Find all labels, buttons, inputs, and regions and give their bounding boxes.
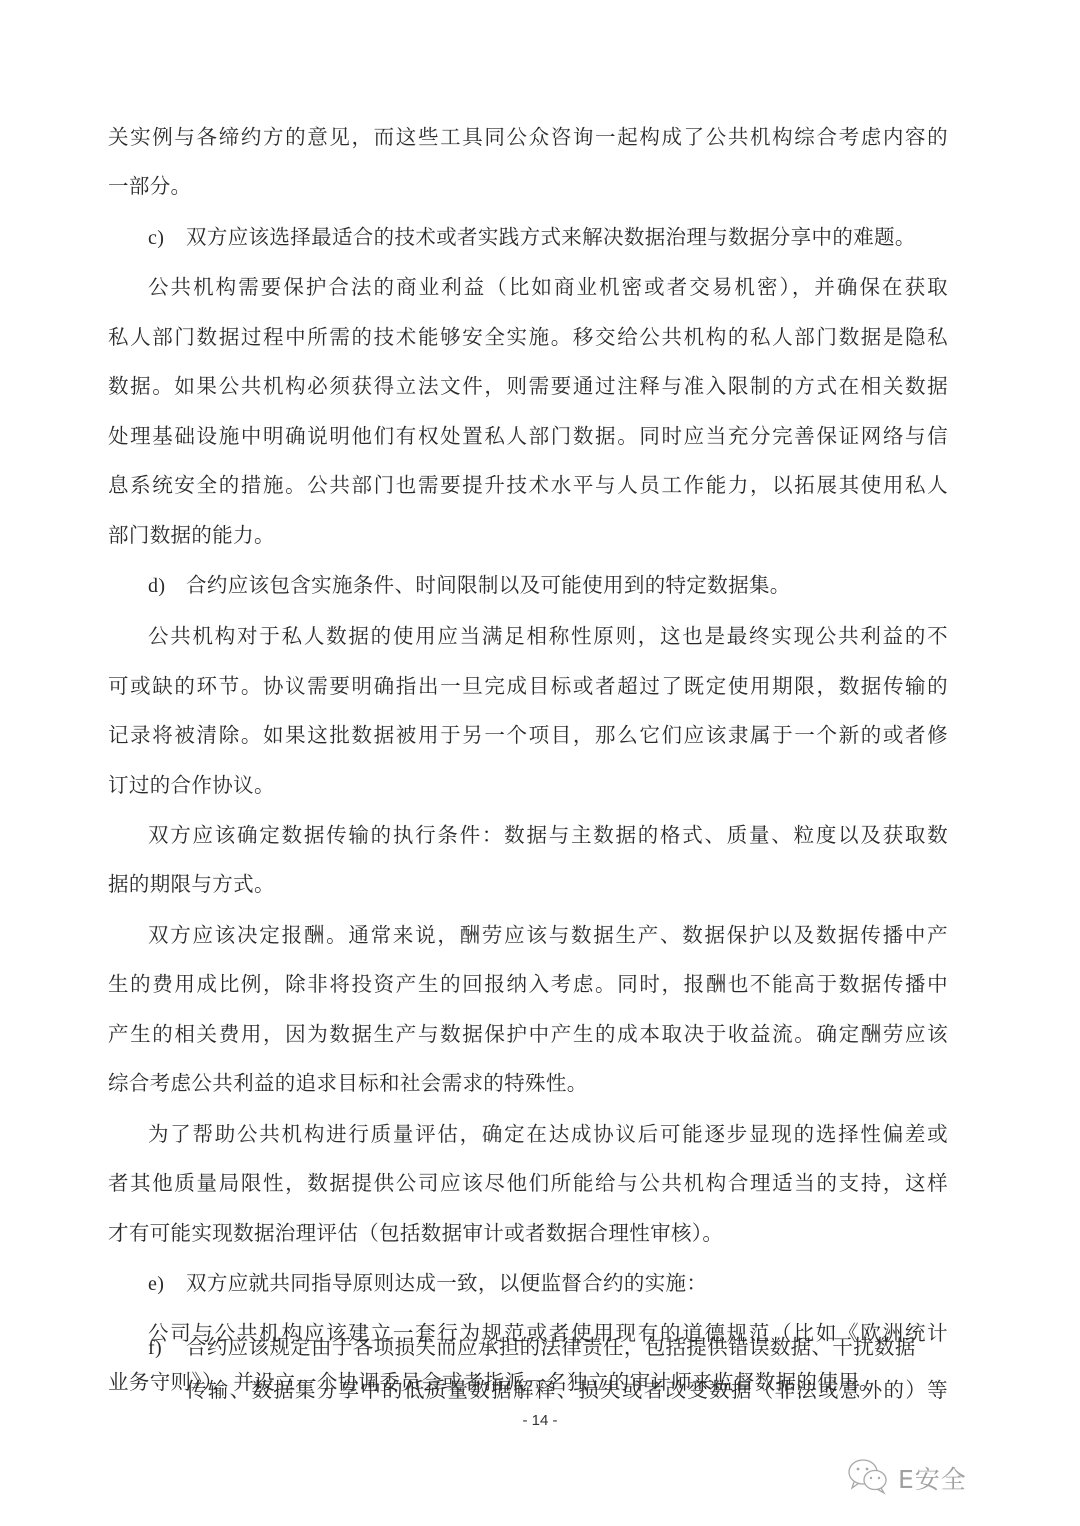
text-line: 订过的合作协议。	[108, 770, 948, 800]
list-item-e: e)双方应就共同指导原则达成一致，以便监督合约的实施：	[148, 1268, 948, 1298]
list-item-text: 双方应就共同指导原则达成一致，以便监督合约的实施：	[186, 1271, 707, 1295]
text-line: 双方应该确定数据传输的执行条件：数据与主数据的格式、质量、粒度以及获取数	[148, 820, 948, 850]
text-line: 为了帮助公共机构进行质量评估，确定在达成协议后可能逐步显现的选择性偏差或	[148, 1119, 948, 1149]
text-line: 者其他质量局限性，数据提供公司应该尽他们所能给与公共机构合理适当的支持，这样	[108, 1168, 948, 1198]
text-line: 可或缺的环节。协议需要明确指出一旦完成目标或者超过了既定使用期限，数据传输的	[108, 671, 948, 701]
page-number: - 14 -	[500, 1412, 580, 1429]
list-item-text: 双方应该选择最适合的技术或者实践方式来解决数据治理与数据分享中的难题。	[186, 225, 916, 249]
text-line: 私人部门数据过程中所需的技术能够安全实施。移交给公共机构的私人部门数据是隐私	[108, 322, 948, 352]
text-line: 双方应该决定报酬。通常来说，酬劳应该与数据生产、数据保护以及数据传播中产	[148, 920, 948, 950]
text-line: 据的期限与方式。	[108, 869, 948, 899]
watermark: E安全	[846, 1456, 967, 1500]
document-page: 关实例与各缔约方的意见，而这些工具同公众咨询一起构成了公共机构综合考虑内容的 一…	[0, 0, 1080, 1526]
text-line: 一部分。	[108, 171, 948, 201]
list-marker: c)	[148, 223, 186, 252]
list-item-f-continuation: 传输、数据集分享中的低质量数据解释、损失或者改变数据（非法或意外的）等	[186, 1375, 948, 1405]
text-line: 产生的相关费用，因为数据生产与数据保护中产生的成本取决于收益流。确定酬劳应该	[108, 1019, 948, 1049]
list-item-d: d)合约应该包含实施条件、时间限制以及可能使用到的特定数据集。	[148, 570, 948, 600]
text-line: 数据。如果公共机构必须获得立法文件，则需要通过注释与准入限制的方式在相关数据	[108, 371, 948, 401]
text-line: 公共机构需要保护合法的商业利益（比如商业机密或者交易机密），并确保在获取	[148, 272, 948, 302]
text-line: 公共机构对于私人数据的使用应当满足相称性原则，这也是最终实现公共利益的不	[148, 621, 948, 651]
list-item-f: f)合约应该规定由于各项损失而应承担的法律责任，包括提供错误数据、干扰数据	[148, 1332, 948, 1362]
text-line: 记录将被清除。如果这批数据被用于另一个项目，那么它们应该隶属于一个新的或者修	[108, 720, 948, 750]
list-item-c: c)双方应该选择最适合的技术或者实践方式来解决数据治理与数据分享中的难题。	[148, 222, 948, 252]
text-line: 处理基础设施中明确说明他们有权处置私人部门数据。同时应当充分完善保证网络与信	[108, 421, 948, 451]
text-line: 息系统安全的措施。公共部门也需要提升技术水平与人员工作能力，以拓展其使用私人	[108, 470, 948, 500]
list-marker: e)	[148, 1269, 186, 1298]
wechat-icon	[846, 1456, 892, 1500]
watermark-label: E安全	[898, 1460, 967, 1496]
list-marker: d)	[148, 571, 186, 600]
text-line: 关实例与各缔约方的意见，而这些工具同公众咨询一起构成了公共机构综合考虑内容的	[108, 122, 948, 152]
text-line: 才有可能实现数据治理评估（包括数据审计或者数据合理性审核）。	[108, 1218, 948, 1248]
list-item-text: 合约应该包含实施条件、时间限制以及可能使用到的特定数据集。	[186, 573, 791, 597]
text-line: 综合考虑公共利益的追求目标和社会需求的特殊性。	[108, 1068, 948, 1098]
text-line: 部门数据的能力。	[108, 520, 948, 550]
text-line: 生的费用成比例，除非将投资产生的回报纳入考虑。同时，报酬也不能高于数据传播中	[108, 969, 948, 999]
list-marker: f)	[148, 1333, 186, 1362]
list-item-text: 合约应该规定由于各项损失而应承担的法律责任，包括提供错误数据、干扰数据	[186, 1335, 916, 1359]
